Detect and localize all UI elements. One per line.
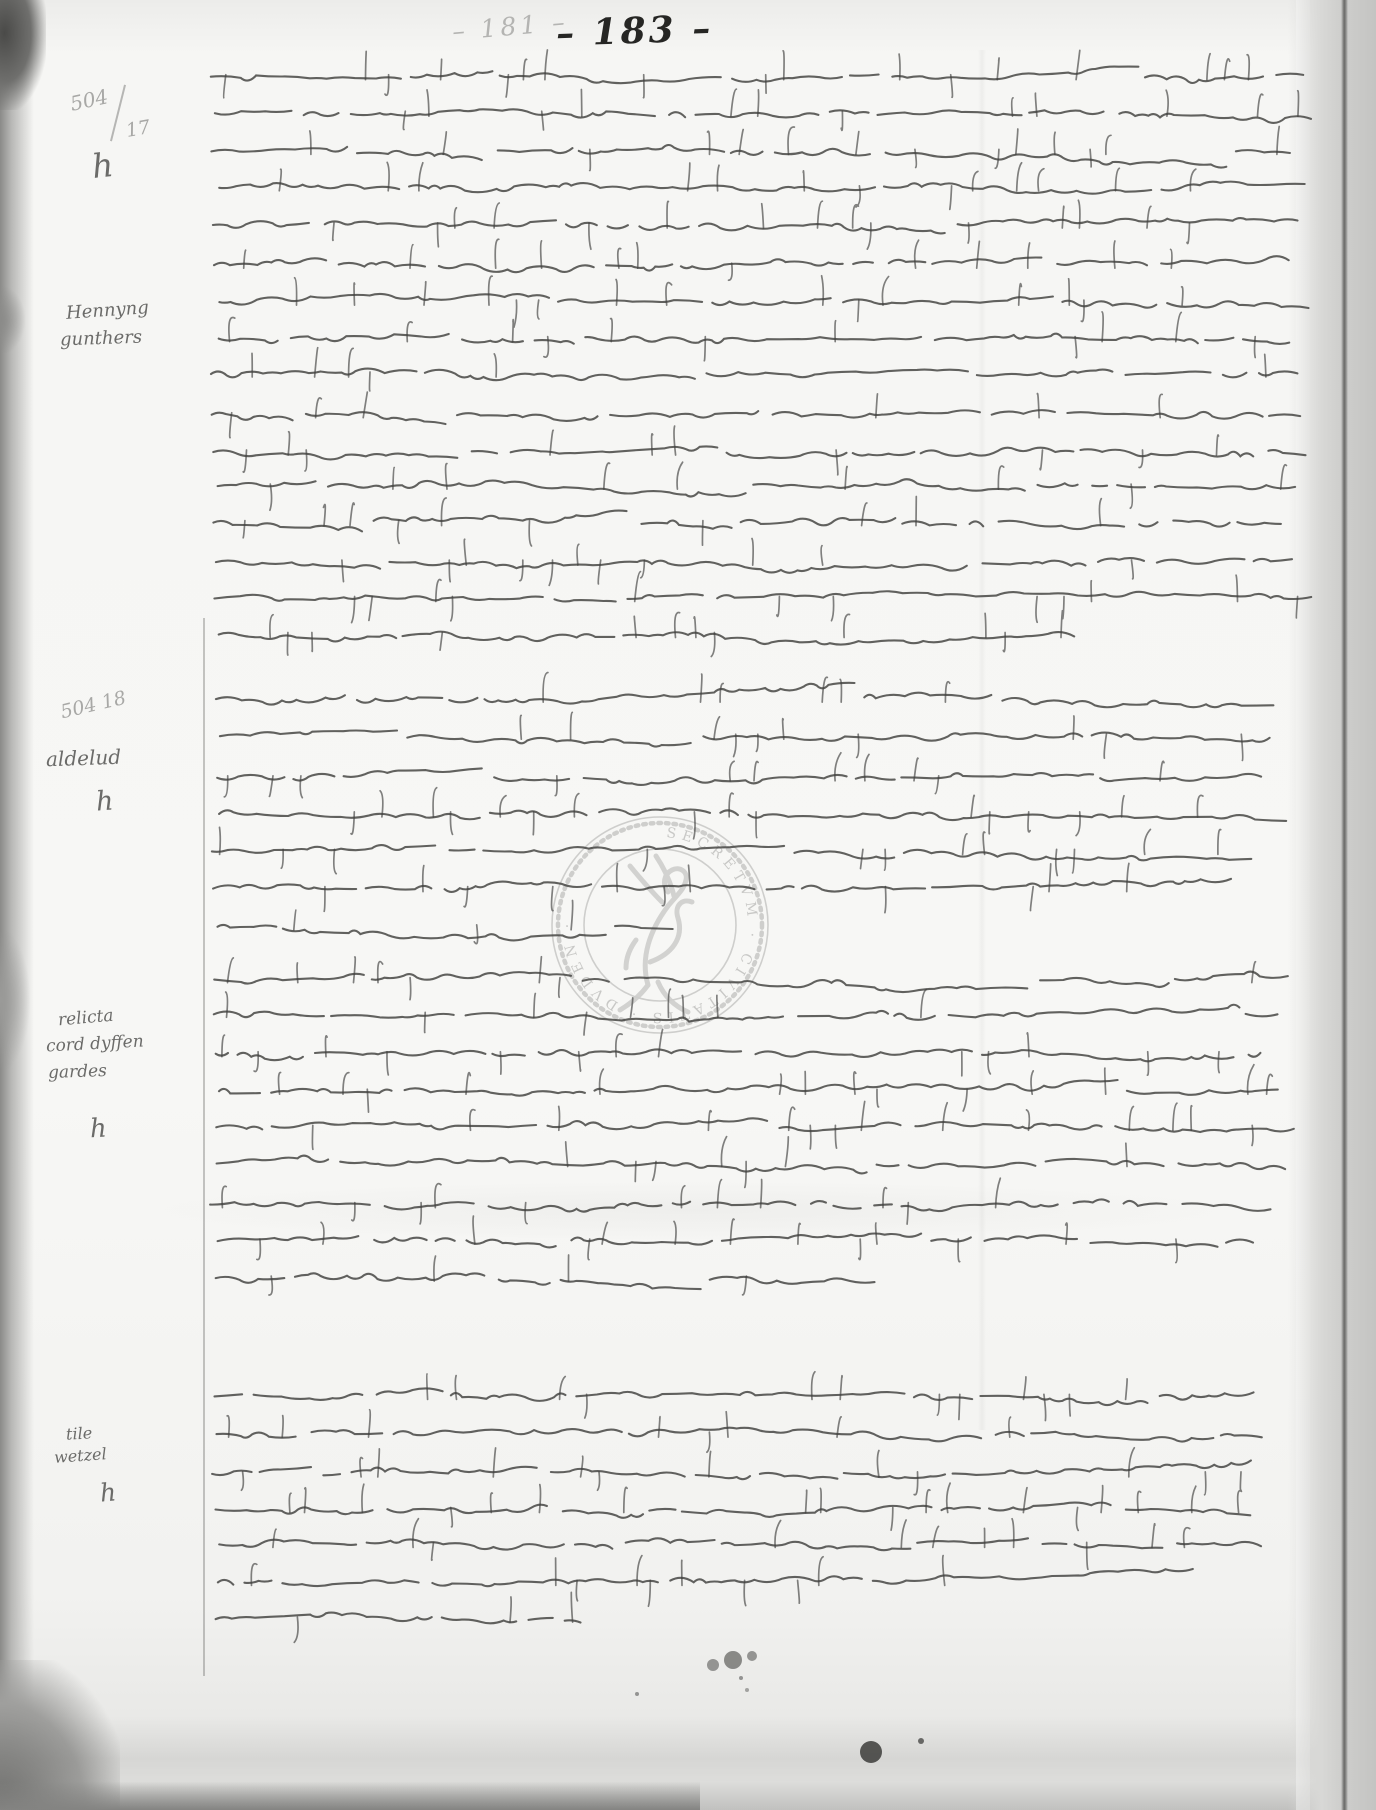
margin-name-note: gunthers <box>60 327 143 351</box>
ink-stain <box>724 1651 742 1669</box>
archive-seal-stamp: SECRETVM · CIVITATIS · DVDEN · <box>0 0 1376 1810</box>
pencil-slash-mark <box>110 85 126 142</box>
ink-stain <box>747 1651 757 1661</box>
margin-h-mark: h <box>99 1477 118 1507</box>
archive-ref-number: 504 <box>68 84 110 115</box>
handwriting-paragraph-1 <box>211 67 1311 645</box>
margin-name-note: tile <box>66 1423 93 1443</box>
page-number: – 183 – <box>555 7 714 54</box>
margin-h-mark: h <box>95 785 115 817</box>
handwriting-ascenders-2 <box>220 673 1243 944</box>
book-gutter <box>1288 0 1376 1810</box>
margin-name-note: gardes <box>48 1061 107 1083</box>
margin-name-note: wetzel <box>53 1444 107 1467</box>
handwriting-paragraph-4 <box>212 1388 1262 1623</box>
lion-rampant-figure <box>620 856 692 1012</box>
margin-h-mark: h <box>89 1114 107 1145</box>
handwritten-text-block <box>0 0 1376 1810</box>
margin-name-note: cord dyffen <box>46 1031 145 1056</box>
ink-stain <box>739 1676 743 1680</box>
handwriting-ascenders-4 <box>227 1372 1241 1642</box>
handwriting-paragraph-3 <box>210 972 1294 1289</box>
handwriting-paragraph-2 <box>212 683 1286 941</box>
handwriting-ascenders-3 <box>222 957 1272 1295</box>
margin-name-note: Hennyng <box>65 297 149 324</box>
torn-left-edge <box>0 0 34 1810</box>
ink-stain <box>707 1659 719 1671</box>
margin-name-note: aldelud <box>46 745 122 772</box>
bottom-fold-shadow <box>0 1716 1376 1810</box>
handwriting-ascenders-1 <box>224 50 1299 657</box>
old-page-number: – 181 – <box>451 7 570 46</box>
paper-smudge <box>140 1180 1240 1240</box>
ink-stain <box>635 1692 639 1696</box>
archive-ref-number: 504 18 <box>58 687 128 723</box>
manuscript-scan-page: – 181 – – 183 – 504 17 h Hennyng gunther… <box>0 0 1376 1810</box>
margin-h-mark: h <box>90 145 115 186</box>
margin-rule-line <box>203 618 205 1676</box>
gutter-fold-line <box>1341 0 1348 1810</box>
seal-inscription: SECRETVM · CIVITATIS · DVDEN · <box>560 825 760 1025</box>
margin-name-note: relicta <box>57 1006 114 1031</box>
archive-ref-number: 17 <box>124 116 152 142</box>
ink-stain <box>745 1688 749 1692</box>
